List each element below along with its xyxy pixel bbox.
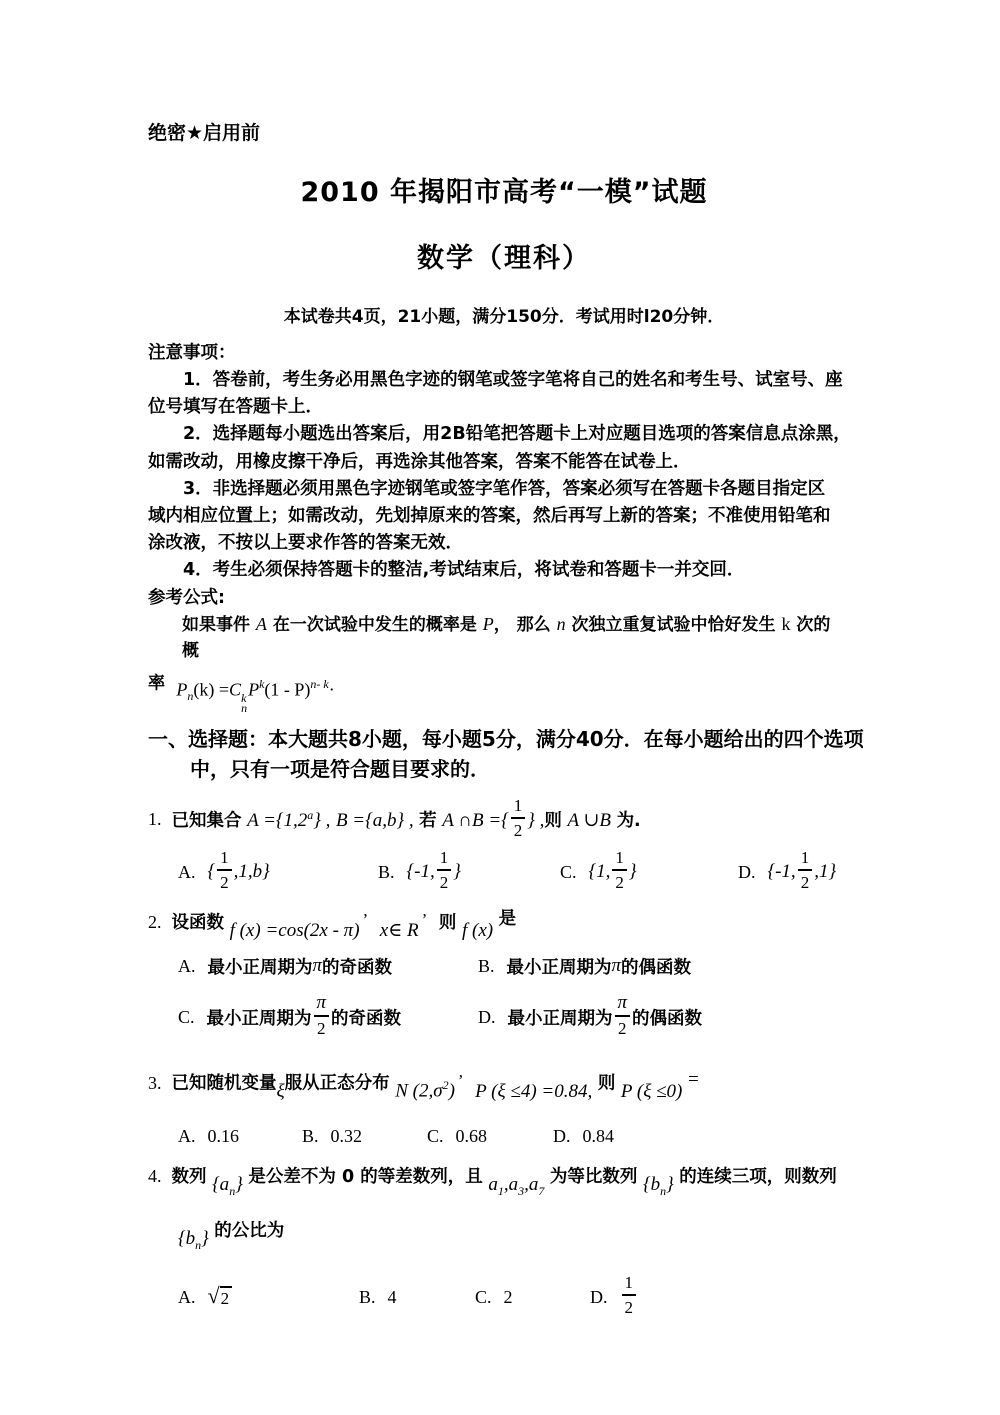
fraction: 12 (217, 849, 232, 891)
exam-title: 2010 年揭阳市高考“一模”试题 (148, 174, 860, 212)
probability-formula-line: 率 Pn(k) =CknPk(1 - P)n- k· (148, 664, 860, 698)
exam-info: 本试卷共4页，21小题，满分150分．考试用时l20分钟． (148, 304, 860, 330)
fraction-denominator: 2 (615, 1015, 631, 1037)
fraction-numerator: π (314, 993, 330, 1015)
fraction-denominator: 2 (511, 817, 526, 839)
fraction-denominator: 2 (217, 869, 232, 891)
question-2-options-row-2: C.最小正周期为π2 的奇函数 D.最小正周期为π2 的偶函数 (148, 994, 860, 1040)
formula-text: 如果事件 (182, 615, 256, 635)
xi-symbol: ξ (277, 1075, 285, 1109)
question-2-stem: 2.设函数 f (x) =cos(2x - π)’ x∈ R’ 则 f (x) … (148, 905, 860, 940)
section-heading: 一、选择题：本大题共8小题，每小题5分，满分40分．在每小题给出的四个选项 中，… (148, 724, 860, 784)
question-number: 4. (148, 1166, 162, 1186)
notice-line: 位号填写在答题卡上． (148, 394, 860, 421)
notice-line: 1．答卷前，考生务必用黑色字迹的钢笔或签字笔将自己的姓名和考生号、试室号、座 (148, 367, 860, 394)
formula-text: 次的 (790, 615, 830, 635)
option-d: D.最小正周期为π2 的偶函数 (478, 995, 702, 1039)
apostrophe-mark: ’ (363, 910, 369, 929)
formula-text: ， 那么 (494, 615, 557, 635)
classification-label: 绝密★启用前 (148, 120, 860, 146)
exam-paper-page: 绝密★启用前 2010 年揭阳市高考“一模”试题 数学（理科） 本试卷共4页，2… (0, 0, 1000, 1415)
formula-heading: 参考公式: (148, 585, 860, 611)
option-b: B.4 (359, 1287, 475, 1308)
question-number: 2. (148, 912, 162, 932)
probability-formula: Pn(k) =CknPk(1 - P)n- k· (176, 671, 334, 713)
question-number: 1. (148, 809, 162, 829)
question-4-options: A.√2 B.4 C.2 D.12 (148, 1273, 860, 1321)
notice-line: 如需改动，用橡皮擦干净后，再选涂其他答案，答案不能答在试卷上． (148, 449, 860, 476)
fraction: 12 (622, 1274, 637, 1316)
option-a: A.{12,1,b} (178, 851, 378, 893)
option-b: B.最小正周期为π 的偶函数 (478, 954, 691, 979)
fraction-numerator: 1 (622, 1274, 637, 1294)
fraction-denominator: 2 (437, 869, 452, 891)
equals-sign: = (688, 1063, 699, 1097)
question-1-options: A.{12,1,b} B.{-1,12} C.{1,12} D.{-1,12,1… (148, 849, 860, 895)
formula-intro-line-2: 概 (148, 638, 860, 664)
sub-sup-stack: kn (241, 693, 247, 713)
fraction: 12 (798, 849, 813, 891)
radical-sign: √ (208, 1286, 220, 1306)
fraction-denominator: 2 (798, 869, 813, 891)
fraction: π2 (615, 993, 631, 1037)
option-d: D.{-1,12,1} (738, 851, 836, 893)
fraction-numerator: 1 (511, 797, 526, 817)
fraction: 12 (511, 797, 526, 839)
formula-intro-line-1: 如果事件 A 在一次试验中发生的概率是 P， 那么 n 次独立重复试验中恰好发生… (148, 611, 860, 638)
fraction: 12 (612, 849, 627, 891)
var-P: P (483, 614, 494, 634)
notice-line: 域内相应位置上；如需改动，先划掉原来的答案，然后再写上新的答案；不准使用铅笔和 (148, 503, 860, 530)
option-d: D.12 (590, 1276, 638, 1318)
fraction-numerator: 1 (437, 849, 452, 869)
option-d: D.0.84 (553, 1126, 614, 1147)
notice-line: 涂改液，不按以上要求作答的答案无效． (148, 530, 860, 557)
question-4: 4.数列 {an} 是公差不为 0 的等差数列，且 a1,a3,a7 为等比数列… (148, 1159, 860, 1322)
question-number: 3. (148, 1073, 162, 1093)
formula-text: 率 (148, 673, 165, 693)
question-3: 3.已知随机变量ξ服从正态分布 N (2,σ2)’ P (ξ ≤4) =0.84… (148, 1060, 860, 1150)
apostrophe-mark: ’ (458, 1071, 464, 1090)
fraction: 12 (437, 849, 452, 891)
subject-title: 数学（理科） (148, 240, 860, 278)
fraction-denominator: 2 (314, 1015, 330, 1037)
fraction-numerator: 1 (612, 849, 627, 869)
question-2-options-row-1: A.最小正周期为π 的奇函数 B.最小正周期为π 的偶函数 (148, 952, 860, 980)
fraction-numerator: 1 (217, 849, 232, 869)
formula-text: 次独立重复试验中恰好发生 (566, 615, 782, 635)
apostrophe-mark: ’ (422, 910, 428, 929)
var-A: A (256, 614, 267, 634)
option-b: B.0.32 (302, 1126, 427, 1147)
question-1-stem: 1.已知集合 A ={1,2a} , B ={a,b} , 若 A ∩B ={1… (148, 798, 860, 842)
notice-line: 3．非选择题必须用黑色字迹钢笔或签字笔作答，答案必须写在答题卡各题目指定区 (148, 476, 860, 503)
option-c: C.{1,12} (560, 851, 738, 893)
fraction-numerator: 1 (798, 849, 813, 869)
question-2: 2.设函数 f (x) =cos(2x - π)’ x∈ R’ 则 f (x) … (148, 905, 860, 1040)
square-root: √2 (208, 1286, 233, 1309)
fraction-denominator: 2 (612, 869, 627, 891)
option-b: B.{-1,12} (378, 851, 560, 893)
notice-line: 4．考生必须保持答题卡的整洁,考试结束后，将试卷和答题卡一并交回． (148, 557, 860, 584)
formula-text: 在一次试验中发生的概率是 (267, 615, 483, 635)
fraction: π2 (314, 993, 330, 1037)
option-c: C.0.68 (427, 1126, 553, 1147)
question-3-options: A.0.16 B.0.32 C.0.68 D.0.84 (148, 1123, 860, 1151)
question-4-stem-line-2: {bn} 的公比为 (148, 1214, 860, 1254)
option-c: C.最小正周期为π2 的奇函数 (178, 995, 478, 1039)
fraction-numerator: π (615, 993, 631, 1015)
option-c: C.2 (475, 1287, 590, 1308)
pi-symbol: π (612, 955, 622, 977)
question-4-stem: 4.数列 {an} 是公差不为 0 的等差数列，且 a1,a3,a7 为等比数列… (148, 1159, 860, 1200)
option-a: A.√2 (178, 1286, 359, 1309)
notice-list: 1．答卷前，考生务必用黑色字迹的钢笔或签字笔将自己的姓名和考生号、试室号、座 位… (148, 367, 860, 585)
option-a: A.最小正周期为π 的奇函数 (178, 954, 478, 979)
page-content: 绝密★启用前 2010 年揭阳市高考“一模”试题 数学（理科） 本试卷共4页，2… (0, 0, 1000, 1321)
option-a: A.0.16 (178, 1126, 302, 1147)
notice-line: 2．选择题每小题选出答案后，用2B铅笔把答题卡上对应题目选项的答案信息点涂黑， (148, 421, 860, 448)
section-heading-line-2: 中，只有一项是符合题目要求的． (148, 754, 860, 784)
section-heading-line-1: 一、选择题：本大题共8小题，每小题5分，满分40分．在每小题给出的四个选项 (148, 724, 860, 754)
var-n: n (557, 614, 566, 634)
question-3-stem: 3.已知随机变量ξ服从正态分布 N (2,σ2)’ P (ξ ≤4) =0.84… (148, 1060, 860, 1100)
pi-symbol: π (313, 955, 323, 977)
question-1: 1.已知集合 A ={1,2a} , B ={a,b} , 若 A ∩B ={1… (148, 798, 860, 896)
fraction-denominator: 2 (622, 1294, 637, 1316)
notice-heading: 注意事项： (148, 340, 860, 367)
